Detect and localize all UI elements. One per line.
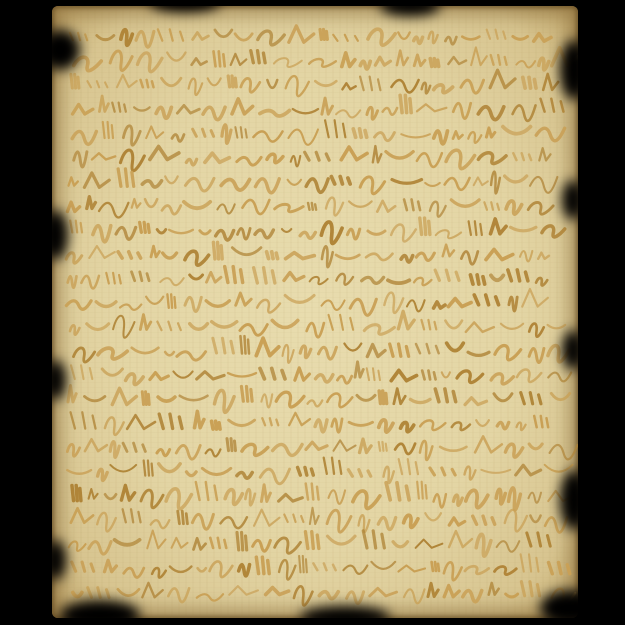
script-glyph — [414, 37, 423, 43]
script-glyph — [378, 518, 395, 530]
script-glyph — [414, 55, 425, 66]
manuscript-script — [52, 6, 578, 618]
script-glyph — [529, 348, 544, 362]
script-glyph — [147, 531, 165, 549]
script-glyph — [466, 490, 488, 507]
script-glyph — [494, 394, 512, 401]
script-glyph — [167, 294, 175, 307]
script-glyph — [258, 31, 284, 45]
script-glyph — [417, 104, 446, 111]
script-glyph — [284, 515, 303, 522]
script-glyph — [350, 299, 376, 315]
script-glyph — [360, 61, 370, 69]
script-glyph — [344, 344, 361, 351]
script-glyph — [190, 275, 203, 279]
script-glyph — [140, 315, 150, 330]
script-glyph — [453, 131, 462, 138]
script-glyph — [141, 80, 154, 87]
script-glyph — [457, 371, 483, 383]
script-glyph — [71, 365, 92, 379]
script-glyph — [319, 347, 337, 359]
script-glyph — [506, 201, 522, 214]
script-glyph — [157, 322, 180, 331]
script-glyph — [73, 592, 82, 596]
script-glyph — [197, 372, 224, 379]
script-glyph — [116, 227, 136, 239]
script-glyph — [291, 156, 301, 166]
script-glyph — [117, 75, 137, 87]
script-glyph — [267, 252, 278, 259]
script-glyph — [113, 316, 134, 338]
script-glyph — [377, 201, 395, 212]
script-glyph — [192, 58, 207, 64]
script-glyph — [513, 105, 536, 120]
torn-edge — [300, 606, 390, 625]
script-glyph — [333, 35, 358, 41]
script-glyph — [417, 153, 442, 167]
script-glyph — [289, 26, 314, 42]
script-glyph — [98, 469, 108, 480]
script-glyph — [146, 297, 163, 304]
script-glyph — [470, 275, 484, 284]
script-glyph — [285, 295, 314, 302]
script-glyph — [273, 444, 303, 455]
scene: Ancient papyrus manuscript with handwrit… — [0, 0, 625, 625]
script-glyph — [521, 582, 539, 596]
script-glyph — [235, 34, 252, 40]
script-glyph — [490, 70, 515, 88]
script-glyph — [465, 398, 486, 405]
script-glyph — [407, 300, 425, 311]
script-glyph — [160, 278, 183, 285]
script-glyph — [422, 83, 431, 94]
script-glyph — [453, 495, 462, 505]
script-glyph — [121, 30, 132, 46]
script-glyph — [505, 176, 527, 182]
script-glyph — [336, 274, 353, 285]
script-glyph — [186, 159, 196, 165]
script-glyph — [152, 568, 166, 578]
script-glyph — [84, 396, 104, 400]
script-glyph — [315, 81, 336, 86]
script-glyph — [237, 157, 261, 165]
script-glyph — [225, 490, 242, 505]
script-glyph — [398, 32, 409, 39]
script-glyph — [375, 57, 390, 65]
script-glyph — [452, 422, 470, 430]
script-glyph — [256, 557, 269, 573]
script-glyph — [491, 172, 500, 194]
script-glyph — [115, 540, 140, 545]
script-glyph — [495, 346, 521, 360]
script-glyph — [360, 77, 380, 91]
script-glyph — [417, 482, 426, 499]
script-glyph — [517, 369, 541, 382]
script-glyph — [72, 486, 81, 501]
script-glyph — [210, 561, 233, 577]
script-glyph — [192, 514, 213, 529]
script-glyph — [228, 76, 236, 87]
script-glyph — [260, 368, 285, 378]
script-glyph — [229, 420, 255, 425]
script-glyph — [404, 589, 425, 603]
script-glyph — [239, 565, 250, 576]
script-glyph — [539, 148, 550, 160]
script-glyph — [443, 245, 454, 257]
script-glyph — [236, 293, 251, 305]
script-glyph — [73, 104, 93, 114]
script-glyph — [395, 444, 415, 454]
script-glyph — [379, 420, 393, 432]
script-glyph — [362, 277, 384, 283]
script-glyph — [400, 95, 411, 112]
script-glyph — [329, 315, 354, 330]
script-glyph — [150, 146, 179, 159]
script-glyph — [72, 131, 96, 144]
script-glyph — [137, 53, 162, 72]
torn-edge — [560, 470, 588, 530]
script-glyph — [66, 253, 81, 263]
script-glyph — [185, 297, 201, 311]
script-glyph — [196, 482, 217, 500]
script-glyph — [163, 253, 177, 258]
script-glyph — [478, 107, 504, 120]
script-glyph — [254, 510, 279, 526]
script-glyph — [529, 324, 544, 337]
script-glyph — [177, 352, 206, 360]
script-glyph — [254, 268, 275, 283]
script-glyph — [242, 444, 268, 455]
script-glyph — [195, 411, 204, 427]
script-glyph — [99, 203, 128, 218]
script-glyph — [105, 417, 124, 435]
script-glyph — [167, 53, 185, 61]
script-glyph — [189, 79, 203, 95]
script-glyph — [70, 325, 79, 334]
script-glyph — [401, 256, 413, 262]
script-glyph — [276, 392, 304, 407]
script-glyph — [474, 295, 498, 305]
script-glyph — [484, 202, 499, 209]
script-glyph — [306, 442, 327, 449]
script-glyph — [237, 532, 247, 550]
script-glyph — [319, 592, 338, 599]
script-glyph — [74, 57, 101, 70]
script-glyph — [491, 55, 507, 65]
script-glyph — [401, 134, 430, 137]
script-glyph — [388, 280, 409, 283]
script-glyph — [461, 80, 484, 93]
script-glyph — [347, 592, 364, 604]
script-glyph — [542, 226, 565, 237]
script-glyph — [478, 153, 506, 164]
script-glyph — [353, 491, 380, 508]
script-glyph — [118, 252, 140, 258]
script-glyph — [336, 255, 359, 259]
script-glyph — [266, 588, 289, 595]
script-glyph — [253, 540, 271, 551]
script-glyph — [420, 218, 430, 234]
script-glyph — [360, 177, 384, 194]
script-glyph — [215, 30, 232, 37]
script-glyph — [134, 107, 149, 110]
script-glyph — [521, 554, 539, 571]
script-glyph — [453, 103, 470, 118]
script-glyph — [348, 470, 370, 477]
script-glyph — [520, 251, 532, 261]
script-glyph — [322, 98, 333, 114]
script-glyph — [310, 277, 328, 284]
script-glyph — [180, 396, 208, 400]
script-glyph — [71, 412, 96, 428]
script-glyph — [159, 414, 182, 428]
script-glyph — [425, 183, 440, 186]
script-glyph — [185, 251, 209, 265]
script-glyph — [166, 489, 191, 509]
script-glyph — [368, 231, 385, 234]
script-glyph — [190, 324, 208, 330]
script-glyph — [88, 588, 109, 598]
script-glyph — [300, 232, 315, 238]
script-glyph — [145, 199, 157, 207]
torn-edge — [40, 30, 80, 70]
script-glyph — [162, 78, 181, 86]
script-glyph — [394, 389, 405, 404]
script-glyph — [468, 132, 481, 143]
script-glyph — [256, 338, 278, 355]
script-glyph — [185, 178, 214, 191]
script-glyph — [386, 152, 413, 159]
script-glyph — [337, 376, 351, 383]
script-glyph — [391, 225, 416, 242]
script-glyph — [342, 53, 355, 67]
script-glyph — [468, 352, 489, 355]
script-glyph — [336, 110, 360, 117]
script-glyph — [110, 51, 132, 71]
script-glyph — [123, 509, 141, 522]
script-glyph — [509, 297, 517, 311]
script-glyph — [241, 78, 260, 92]
script-glyph — [172, 538, 188, 548]
script-glyph — [140, 222, 150, 232]
script-glyph — [255, 179, 279, 193]
script-glyph — [521, 393, 541, 404]
script-glyph — [274, 58, 302, 67]
script-glyph — [434, 302, 445, 308]
script-glyph — [231, 54, 247, 65]
script-glyph — [444, 562, 462, 580]
script-glyph — [328, 536, 356, 544]
script-glyph — [275, 204, 304, 211]
script-glyph — [322, 300, 345, 309]
script-glyph — [208, 78, 221, 85]
script-glyph — [132, 348, 159, 353]
script-glyph — [475, 436, 502, 452]
script-glyph — [541, 99, 564, 112]
script-glyph — [442, 372, 450, 377]
script-glyph — [178, 511, 188, 524]
script-glyph — [159, 464, 180, 472]
script-glyph — [87, 81, 107, 87]
script-glyph — [432, 562, 439, 571]
script-glyph — [121, 485, 134, 500]
script-glyph — [70, 221, 82, 233]
script-glyph — [461, 252, 477, 265]
script-glyph — [68, 276, 77, 287]
script-glyph — [476, 534, 491, 556]
script-glyph — [227, 439, 235, 451]
torn-edge — [562, 180, 584, 220]
script-glyph — [343, 566, 367, 574]
script-glyph — [286, 253, 315, 259]
script-glyph — [267, 80, 277, 88]
script-glyph — [342, 83, 355, 89]
script-glyph — [428, 583, 438, 596]
script-glyph — [120, 304, 141, 309]
script-glyph — [74, 152, 87, 167]
script-glyph — [466, 322, 494, 331]
script-glyph — [68, 386, 76, 402]
script-glyph — [332, 419, 342, 432]
torn-edge — [60, 600, 140, 625]
script-glyph — [261, 394, 272, 407]
image-subject: Ancient papyrus manuscript with handwrit… — [0, 0, 1, 1]
script-glyph — [391, 80, 418, 92]
script-glyph — [436, 230, 461, 238]
script-glyph — [210, 538, 226, 548]
script-glyph — [67, 444, 79, 456]
script-glyph — [462, 37, 479, 40]
script-glyph — [257, 300, 280, 313]
script-glyph — [414, 278, 431, 285]
script-glyph — [465, 566, 489, 574]
script-glyph — [205, 153, 229, 162]
torn-edge — [42, 210, 68, 260]
script-glyph — [150, 373, 168, 380]
script-glyph — [306, 484, 319, 500]
script-glyph — [198, 568, 206, 571]
script-glyph — [165, 176, 178, 183]
script-glyph — [497, 541, 520, 552]
script-glyph — [110, 442, 119, 458]
script-glyph — [491, 275, 503, 280]
script-glyph — [430, 468, 455, 475]
script-glyph — [309, 59, 336, 67]
script-glyph — [260, 469, 289, 484]
script-glyph — [71, 74, 79, 88]
script-glyph — [401, 423, 414, 432]
script-glyph — [495, 567, 517, 575]
script-glyph — [383, 108, 397, 115]
script-glyph — [202, 468, 230, 474]
script-glyph — [112, 388, 136, 404]
script-glyph — [486, 128, 494, 137]
script-glyph — [497, 422, 509, 428]
script-glyph — [156, 107, 171, 118]
script-glyph — [305, 152, 329, 160]
script-glyph — [549, 562, 570, 573]
script-glyph — [445, 321, 462, 329]
script-glyph — [103, 122, 113, 138]
script-glyph — [496, 489, 505, 504]
script-glyph — [245, 489, 255, 505]
script-glyph — [84, 173, 109, 187]
script-glyph — [71, 508, 93, 522]
script-glyph — [367, 368, 380, 380]
script-glyph — [430, 202, 446, 217]
script-glyph — [451, 200, 479, 206]
script-glyph — [142, 392, 149, 405]
script-glyph — [98, 348, 127, 359]
script-glyph — [523, 77, 536, 88]
script-glyph — [67, 470, 91, 474]
script-glyph — [193, 129, 214, 136]
script-glyph — [491, 374, 513, 384]
script-glyph — [187, 472, 197, 476]
script-glyph — [261, 485, 270, 502]
script-glyph — [162, 206, 181, 215]
script-glyph — [260, 111, 290, 116]
script-glyph — [177, 105, 199, 113]
script-glyph — [363, 531, 384, 548]
script-glyph — [505, 444, 522, 457]
script-glyph — [73, 348, 94, 362]
script-glyph — [516, 465, 541, 475]
script-glyph — [105, 560, 117, 571]
script-glyph — [229, 586, 258, 595]
script-glyph — [99, 96, 108, 111]
script-glyph — [360, 439, 372, 452]
script-glyph — [176, 445, 200, 459]
script-glyph — [384, 293, 403, 313]
script-glyph — [420, 420, 445, 430]
script-glyph — [92, 153, 115, 159]
script-glyph — [416, 540, 443, 548]
script-glyph — [534, 416, 548, 427]
script-glyph — [379, 391, 386, 404]
script-glyph — [235, 127, 246, 137]
script-glyph — [118, 169, 134, 186]
script-glyph — [213, 242, 222, 259]
script-glyph — [321, 222, 342, 243]
script-glyph — [374, 133, 394, 141]
script-glyph — [69, 177, 78, 185]
script-glyph — [420, 441, 432, 460]
script-glyph — [286, 76, 309, 96]
script-glyph — [213, 338, 234, 353]
script-glyph — [123, 443, 145, 451]
script-glyph — [440, 447, 466, 451]
script-glyph — [89, 246, 114, 258]
script-glyph — [262, 418, 278, 425]
script-glyph — [449, 518, 464, 525]
script-glyph — [530, 177, 557, 193]
script-glyph — [364, 325, 394, 335]
script-glyph — [310, 508, 319, 524]
script-glyph — [435, 389, 455, 402]
script-glyph — [392, 180, 421, 184]
script-glyph — [313, 563, 335, 570]
script-glyph — [509, 488, 521, 510]
script-glyph — [548, 373, 571, 382]
script-glyph — [284, 273, 304, 281]
script-glyph — [295, 368, 310, 380]
script-glyph — [96, 302, 116, 307]
script-glyph — [379, 442, 387, 451]
script-glyph — [308, 203, 316, 210]
script-glyph — [206, 449, 221, 456]
script-glyph — [142, 181, 161, 187]
